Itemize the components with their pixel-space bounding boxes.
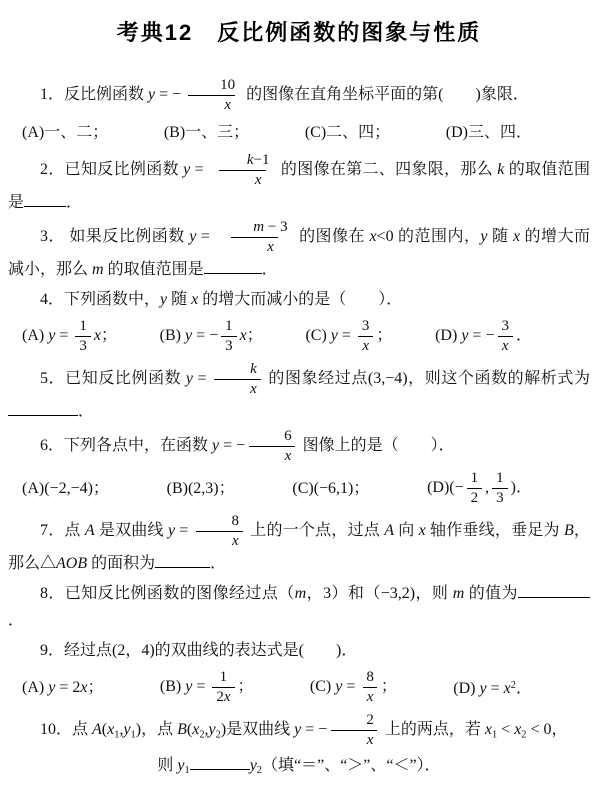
text-run: (B)一、三；	[164, 124, 249, 141]
text-run: 的图像在第二、四象限，那么	[277, 161, 498, 178]
question-5: 5．已知反比例函数 y = kx 的图象经过点(3,−4)，则这个函数的解析式为…	[8, 361, 590, 425]
text-run: ．	[8, 612, 24, 629]
math-variable: x	[369, 228, 376, 245]
options-q9-item: (C) y = 8x；	[310, 669, 397, 706]
text-run: 的面积为	[87, 555, 155, 572]
math-variable: x	[285, 448, 292, 464]
math-fraction: kx	[214, 361, 261, 398]
math-operator: =	[192, 678, 209, 695]
math-variable: x	[224, 97, 231, 113]
math-operator: <0	[377, 228, 394, 245]
text-run: ．	[262, 261, 278, 278]
text-run: ，	[552, 721, 568, 738]
math-fraction: 3x	[497, 318, 513, 355]
math-variable: x	[419, 522, 426, 539]
math-variable: m	[295, 585, 307, 602]
options-q6: (A)(−2,−4)；(B)(2,3)；(C)(−6,1)；(D)(−12,13…	[8, 468, 590, 509]
math-fraction: 3x	[358, 318, 374, 355]
text-run: ；	[87, 679, 103, 696]
text-run: 的值为	[464, 585, 518, 602]
text-run: (A)	[22, 327, 48, 344]
math-operator: =	[190, 161, 208, 178]
math-fraction: 13	[221, 318, 237, 355]
math-variable: x	[94, 327, 101, 344]
question-10-answer-line: 则 y1y2（填“＝”、“＞”、“＜”）．	[8, 752, 590, 784]
text-run: 9．经过点(2，4)的双曲线的表达式是( )．	[40, 642, 357, 659]
math-operator: 1	[496, 470, 504, 486]
text-run: ．	[210, 555, 226, 572]
question-3: 3． 如果反比例函数 y = m − 3x 的图像在 x<0 的范围内，y 随 …	[8, 219, 590, 283]
math-variable: y	[168, 522, 175, 539]
answer-blank	[204, 258, 262, 274]
page-title: 考典12 反比例函数的图象与性质	[8, 16, 590, 47]
options-q9-item: (D) y = x2．	[453, 672, 532, 702]
options-q1: (A)一、二；(B)一、三；(C)二、四；(D)三、四．	[8, 117, 590, 148]
text-run: (C)	[305, 327, 330, 344]
text-run: 向	[394, 522, 419, 539]
question-2: 2．已知反比例函数 y = k−1x 的图像在第二、四象限，那么 k 的取值范围…	[8, 152, 590, 216]
questions-container: 1．反比例函数 y = −10x 的图像在直角坐标平面的第( )象限．(A)一、…	[8, 77, 590, 784]
math-operator: <	[497, 721, 514, 738]
text-run: ，点	[141, 721, 177, 738]
math-operator: 1	[225, 318, 233, 334]
math-variable: x	[367, 689, 374, 705]
answer-blank	[155, 552, 210, 568]
text-run: 的图像在	[295, 228, 370, 245]
options-q6-item: (A)(−2,−4)；	[22, 475, 109, 502]
math-variable: m	[453, 585, 465, 602]
text-run: ．	[516, 327, 532, 344]
math-operator: 2	[366, 712, 374, 728]
options-q4-item: (C) y = 3x；	[305, 318, 392, 355]
text-run: (D)	[453, 681, 479, 698]
text-run: 5．已知反比例函数	[40, 370, 186, 387]
text-run: 7．点	[40, 522, 85, 539]
answer-blank	[518, 582, 590, 598]
options-q4-item: (D) y = −3x．	[435, 318, 532, 355]
text-run: 2．已知反比例函数	[40, 161, 183, 178]
text-run: 上的两点，若	[381, 721, 485, 738]
question-8: 8．已知反比例函数的图像经过点（m，3）和（−3,2)，则 m 的值为．	[8, 580, 590, 634]
text-run: ；	[376, 327, 392, 344]
math-variable: x	[250, 381, 257, 397]
math-operator: 8	[366, 669, 374, 685]
math-operator: = −	[301, 721, 327, 738]
options-q9-item: (B) y = 12x；	[160, 669, 254, 706]
options-q4-item: (A) y = 13x；	[22, 318, 117, 355]
math-operator: 2	[471, 490, 479, 506]
question-7: 7．点 A 是双曲线 y = 8x 上的一个点，过点 A 向 x 轴作垂线，垂足…	[8, 513, 590, 577]
options-q9-item: (A) y = 2x；	[22, 674, 103, 701]
math-operator: 3	[362, 318, 370, 334]
text-run: (D)	[435, 327, 461, 344]
math-operator: =	[196, 228, 214, 245]
text-run: (C)	[310, 678, 335, 695]
math-operator: =	[55, 327, 72, 344]
text-run: ．	[66, 194, 82, 211]
text-run: 10．点	[40, 721, 92, 738]
options-q1-item: (D)三、四．	[446, 119, 532, 146]
answer-blank	[8, 400, 78, 416]
text-run: (B)	[160, 678, 185, 695]
math-fraction: 12x	[212, 669, 234, 706]
options-q1-item: (A)一、二；	[22, 119, 108, 146]
math-operator: −1	[254, 152, 270, 168]
math-variable: x	[224, 689, 231, 705]
text-run: (C)二、四；	[305, 124, 390, 141]
math-variable: y	[123, 721, 130, 738]
math-fraction: 13	[75, 318, 91, 355]
math-fraction: 8x	[362, 669, 378, 706]
math-operator: =	[342, 678, 359, 695]
math-operator: =	[175, 522, 192, 539]
math-variable: m	[92, 261, 104, 278]
text-run: （填“＝”、“＞”、“＜”）．	[262, 757, 441, 774]
math-operator: 3	[79, 338, 87, 354]
math-fraction: 13	[492, 470, 508, 507]
text-run: (A)(−2,−4)；	[22, 480, 109, 497]
math-variable: A	[92, 721, 102, 738]
math-variable: x	[362, 338, 369, 354]
text-run: ，3）和（−3,2)，则	[306, 585, 453, 602]
text-run: 随	[488, 228, 513, 245]
math-operator: 6	[284, 428, 292, 444]
answer-blank	[24, 191, 66, 207]
math-fraction: 12	[467, 470, 483, 507]
options-q4: (A) y = 13x；(B) y = −13x；(C) y = 3x；(D) …	[8, 316, 590, 357]
question-6: 6．下列各点中，在函数 y = −6x 图像上的是（ ）．	[8, 428, 590, 465]
text-run: 1．反比例函数	[40, 86, 148, 103]
math-variable: x	[232, 533, 239, 549]
math-operator: 3	[501, 318, 509, 334]
options-q6-item: (D)(−12,13)．	[427, 470, 532, 507]
math-variable: B	[177, 721, 187, 738]
text-run: 随	[167, 291, 191, 308]
math-fraction: 6x	[248, 428, 296, 465]
math-variable: B	[564, 522, 574, 539]
question-1: 1．反比例函数 y = −10x 的图像在直角坐标平面的第( )象限．	[8, 77, 590, 114]
text-run: ；	[247, 327, 263, 344]
text-run: 3． 如果反比例函数	[40, 228, 189, 245]
math-operator: = −	[468, 327, 494, 344]
text-run: ．	[516, 681, 532, 698]
math-operator: 10	[220, 77, 235, 93]
text-run: ．	[78, 403, 94, 420]
text-run: (B)	[160, 327, 185, 344]
math-variable: y	[186, 370, 193, 387]
text-run: ；	[101, 327, 117, 344]
text-run: (D)(−	[427, 479, 464, 496]
math-variable: x	[504, 681, 511, 698]
text-run: ,	[485, 479, 489, 496]
math-operator: < 0	[527, 721, 552, 738]
worksheet-page: 考典12 反比例函数的图象与性质 1．反比例函数 y = −10x 的图像在直角…	[0, 0, 600, 784]
math-fraction: 10x	[184, 77, 239, 114]
options-q1-item: (B)一、三；	[164, 119, 249, 146]
math-operator: =	[193, 370, 211, 387]
math-variable: x	[485, 721, 492, 738]
text-run: 是双曲线	[95, 522, 168, 539]
text-run: 的范围内，	[394, 228, 481, 245]
question-10: 10．点 A(x1,y1)，点 B(x2,y2)是双曲线 y = −2x 上的两…	[8, 712, 590, 749]
math-variable: AOB	[56, 555, 87, 572]
answer-blank	[190, 754, 250, 770]
math-variable: y	[250, 757, 257, 774]
options-q1-item: (C)二、四；	[305, 119, 390, 146]
text-run: (A)	[22, 679, 48, 696]
math-variable: x	[240, 327, 247, 344]
text-run: 是双曲线	[226, 721, 294, 738]
math-variable: x	[267, 239, 274, 255]
math-variable: k	[250, 361, 257, 377]
math-fraction: m − 3x	[217, 219, 291, 256]
math-variable: y	[331, 327, 338, 344]
options-q6-item: (B)(2,3)；	[167, 475, 235, 502]
math-fraction: k−1x	[211, 152, 274, 189]
text-run: 4．下列函数中，	[40, 291, 160, 308]
text-run: (B)(2,3)；	[167, 480, 235, 497]
text-run: (C)(−6,1)；	[292, 480, 369, 497]
math-variable: k	[247, 152, 254, 168]
math-variable: A	[384, 522, 394, 539]
math-operator: 8	[232, 513, 240, 529]
question-9: 9．经过点(2，4)的双曲线的表达式是( )．	[8, 637, 590, 664]
math-variable: x	[502, 338, 509, 354]
options-q4-item: (B) y = −13x；	[160, 318, 263, 355]
math-variable: m	[253, 219, 264, 235]
math-operator: = −	[155, 86, 181, 103]
text-run: 的图像在直角坐标平面的第( )象限．	[242, 86, 529, 103]
math-variable: y	[480, 228, 487, 245]
text-run: 6．下列各点中，在函数	[40, 437, 212, 454]
text-run: 上的一个点，过点	[246, 522, 384, 539]
options-q6-item: (C)(−6,1)；	[292, 475, 369, 502]
math-operator: =	[338, 327, 355, 344]
math-operator: 2	[216, 689, 224, 705]
text-run: 图像上的是（ ）．	[299, 437, 455, 454]
question-4: 4．下列函数中，y 随 x 的增大而减小的是（ ）．	[8, 286, 590, 313]
text-run: 8．已知反比例函数的图像经过点（	[40, 585, 295, 602]
options-q9: (A) y = 2x；(B) y = 12x；(C) y = 8x；(D) y …	[8, 667, 590, 708]
math-variable: x	[367, 732, 374, 748]
text-run: 轴作垂线，垂足为	[426, 522, 564, 539]
math-operator: 3	[496, 490, 504, 506]
math-operator: = −	[219, 437, 245, 454]
text-run: (A)一、二；	[22, 124, 108, 141]
text-run: 的图象经过点(3,−4)，则这个函数的解析式为	[264, 370, 590, 387]
math-operator: 1	[471, 470, 479, 486]
math-variable: y	[209, 721, 216, 738]
math-operator: 1	[220, 669, 228, 685]
math-variable: x	[513, 228, 520, 245]
math-variable: A	[85, 522, 95, 539]
text-run: 的取值范围是	[104, 261, 204, 278]
math-variable: y	[480, 681, 487, 698]
math-operator: =	[487, 681, 504, 698]
math-operator: 1	[79, 318, 87, 334]
text-run: 的增大而减小的是（ ）．	[198, 291, 402, 308]
math-fraction: 2x	[330, 712, 378, 749]
math-operator: = 2	[55, 679, 80, 696]
math-operator: − 3	[264, 219, 287, 235]
math-variable: x	[255, 172, 262, 188]
text-run: 则	[157, 757, 177, 774]
math-operator: 3	[225, 338, 233, 354]
math-fraction: 8x	[196, 513, 244, 550]
text-run: ；	[238, 678, 254, 695]
text-run: )．	[511, 479, 532, 496]
text-run: (D)三、四．	[446, 124, 532, 141]
math-operator: = −	[192, 327, 218, 344]
text-run: ；	[381, 678, 397, 695]
